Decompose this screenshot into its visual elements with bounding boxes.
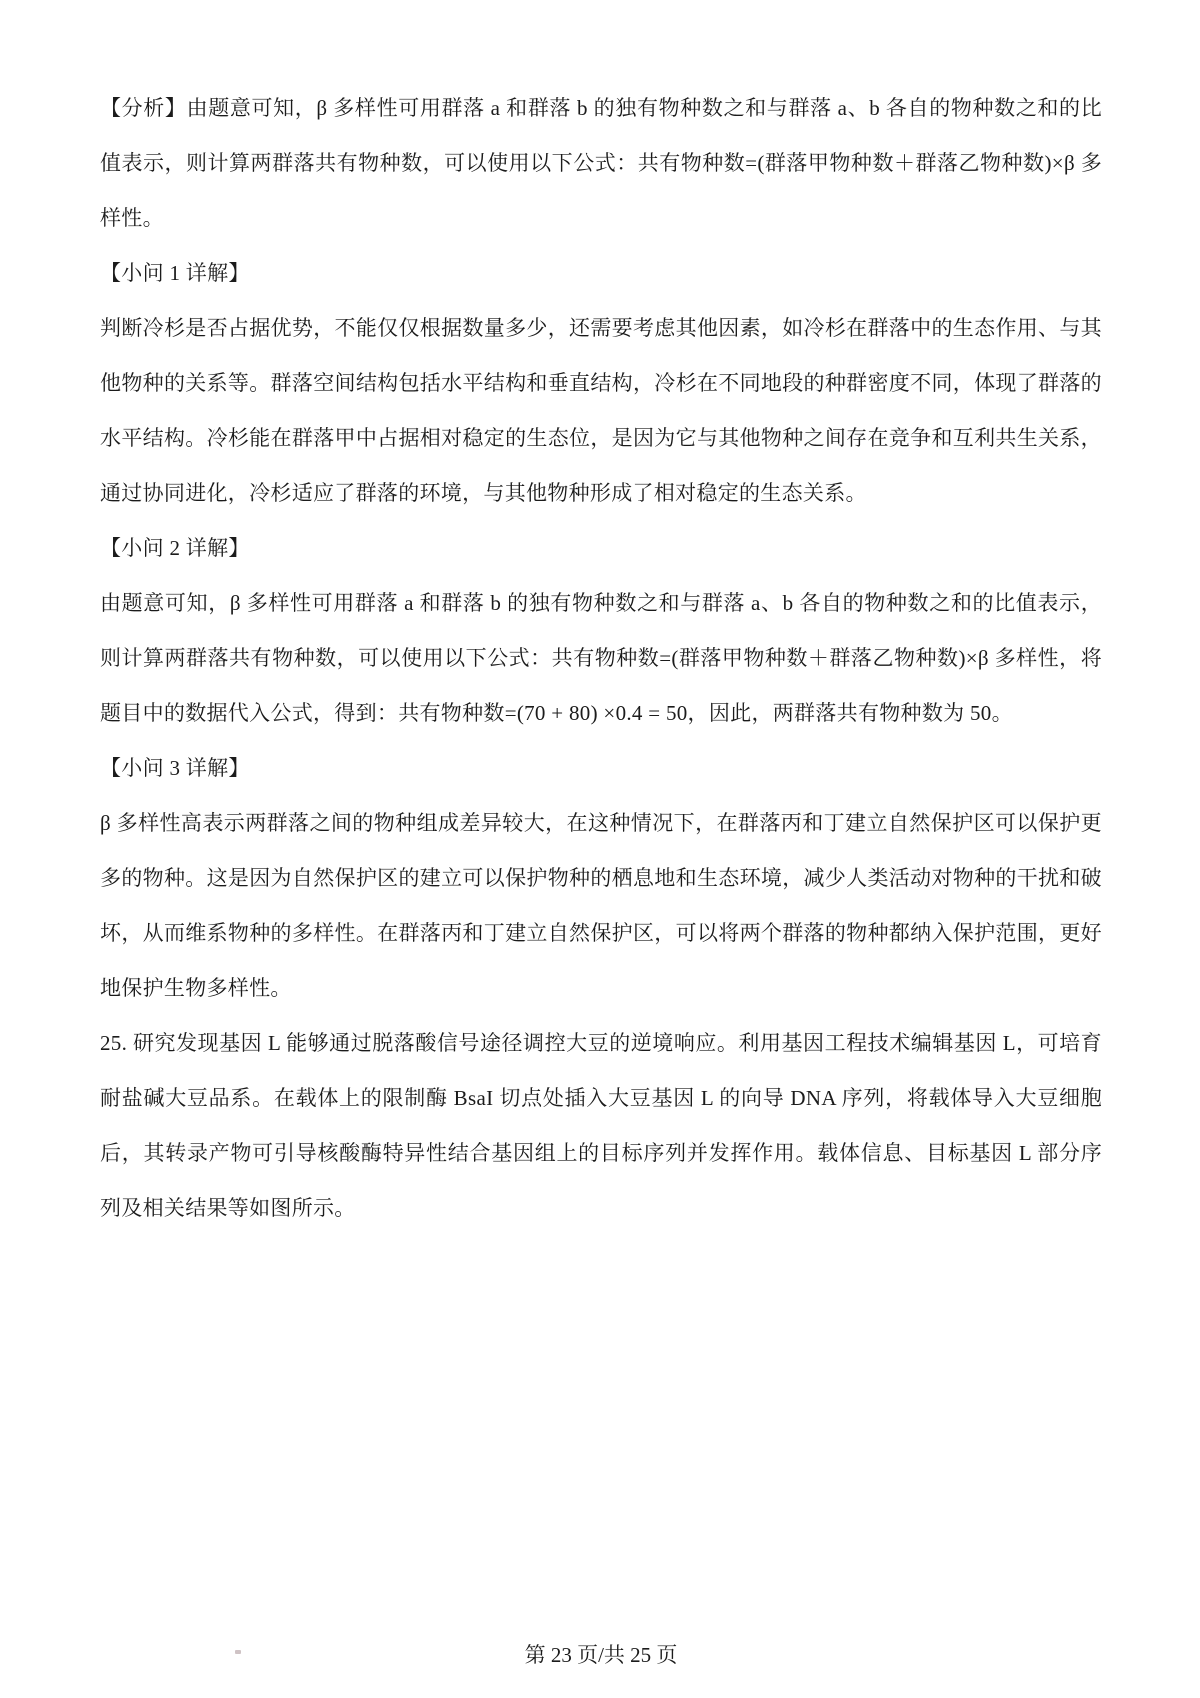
document-page: 【分析】由题意可知，β 多样性可用群落 a 和群落 b 的独有物种数之和与群落 … xyxy=(0,0,1200,1698)
answer-sheet-content: 【分析】由题意可知，β 多样性可用群落 a 和群落 b 的独有物种数之和与群落 … xyxy=(100,81,1102,1236)
subquestion-3-answer: β 多样性高表示两群落之间的物种组成差异较大，在这种情况下，在群落丙和丁建立自然… xyxy=(100,796,1102,1016)
subquestion-3-heading: 【小问 3 详解】 xyxy=(100,741,1102,796)
subquestion-2-heading: 【小问 2 详解】 xyxy=(100,521,1102,576)
question-25-stem: 25. 研究发现基因 L 能够通过脱落酸信号途径调控大豆的逆境响应。利用基因工程… xyxy=(100,1016,1102,1236)
subquestion-2-answer: 由题意可知，β 多样性可用群落 a 和群落 b 的独有物种数之和与群落 a、b … xyxy=(100,576,1102,741)
subquestion-1-heading: 【小问 1 详解】 xyxy=(100,246,1102,301)
page-number-label: 第 23 页/共 25 页 xyxy=(525,1643,678,1667)
analysis-paragraph: 【分析】由题意可知，β 多样性可用群落 a 和群落 b 的独有物种数之和与群落 … xyxy=(100,81,1102,246)
page-footer: 第 23 页/共 25 页 xyxy=(100,1641,1102,1669)
subquestion-1-answer: 判断冷杉是否占据优势，不能仅仅根据数量多少，还需要考虑其他因素，如冷杉在群落中的… xyxy=(100,301,1102,521)
